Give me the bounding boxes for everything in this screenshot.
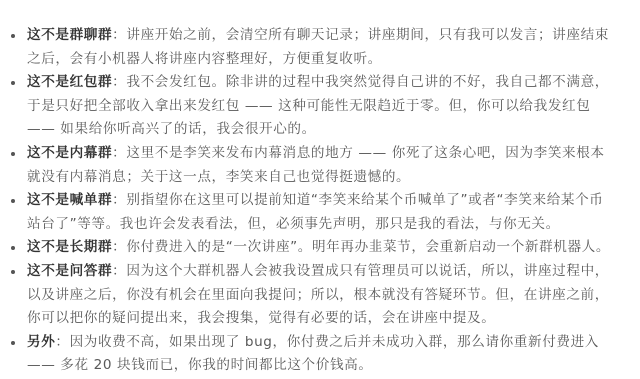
item-separator: ： xyxy=(112,145,126,161)
item-separator: ： xyxy=(55,334,69,350)
bullet-icon xyxy=(11,270,15,274)
list-item: 这不是内幕群：这里不是李笑来发布内幕消息的地方 —— 你死了这条心吧，因为李笑来… xyxy=(27,142,617,189)
bullet-icon xyxy=(11,152,15,156)
item-term: 这不是群聊群 xyxy=(27,27,112,43)
item-separator: ： xyxy=(112,263,126,279)
list-item: 这不是喊单群：别指望你在这里可以提前知道“李笑来给某个币喊单了”或者“李笑来给某… xyxy=(27,189,617,236)
list-item: 这不是群聊群：讲座开始之前，会清空所有聊天记录；讲座期间，只有我可以发言；讲座结… xyxy=(27,24,617,71)
item-separator: ： xyxy=(112,192,126,208)
bullet-icon xyxy=(11,34,15,38)
list-item: 这不是红包群：我不会发红包。除非讲的过程中我突然觉得自己讲的不好，我自己都不满意… xyxy=(27,71,617,142)
list-item: 这不是问答群：因为这个大群机器人会被我设置成只有管理员可以说话，所以，讲座过程中… xyxy=(27,260,617,331)
rules-list: 这不是群聊群：讲座开始之前，会清空所有聊天记录；讲座期间，只有我可以发言；讲座结… xyxy=(0,24,617,378)
item-term: 这不是长期群 xyxy=(27,239,112,255)
item-term: 这不是喊单群 xyxy=(27,192,112,208)
item-separator: ： xyxy=(112,74,126,90)
item-separator: ： xyxy=(112,27,126,43)
bullet-icon xyxy=(11,341,15,345)
item-text: 因为收费不高，如果出现了 bug，你付费之后并未成功入群，那么请你重新付费进入 … xyxy=(27,334,599,374)
item-term: 另外 xyxy=(27,334,55,350)
list-item: 另外：因为收费不高，如果出现了 bug，你付费之后并未成功入群，那么请你重新付费… xyxy=(27,331,617,378)
list-item: 这不是长期群：你付费进入的是“一次讲座”。明年再办韭菜节，会重新启动一个新群机器… xyxy=(27,236,617,260)
item-text: 你付费进入的是“一次讲座”。明年再办韭菜节，会重新启动一个新群机器人。 xyxy=(126,239,610,255)
bullet-icon xyxy=(11,199,15,203)
item-term: 这不是问答群 xyxy=(27,263,112,279)
bullet-icon xyxy=(11,246,15,250)
item-term: 这不是红包群 xyxy=(27,74,112,90)
item-separator: ： xyxy=(112,239,126,255)
item-term: 这不是内幕群 xyxy=(27,145,112,161)
document-body: 这不是群聊群：讲座开始之前，会清空所有聊天记录；讲座期间，只有我可以发言；讲座结… xyxy=(0,24,640,378)
bullet-icon xyxy=(11,81,15,85)
